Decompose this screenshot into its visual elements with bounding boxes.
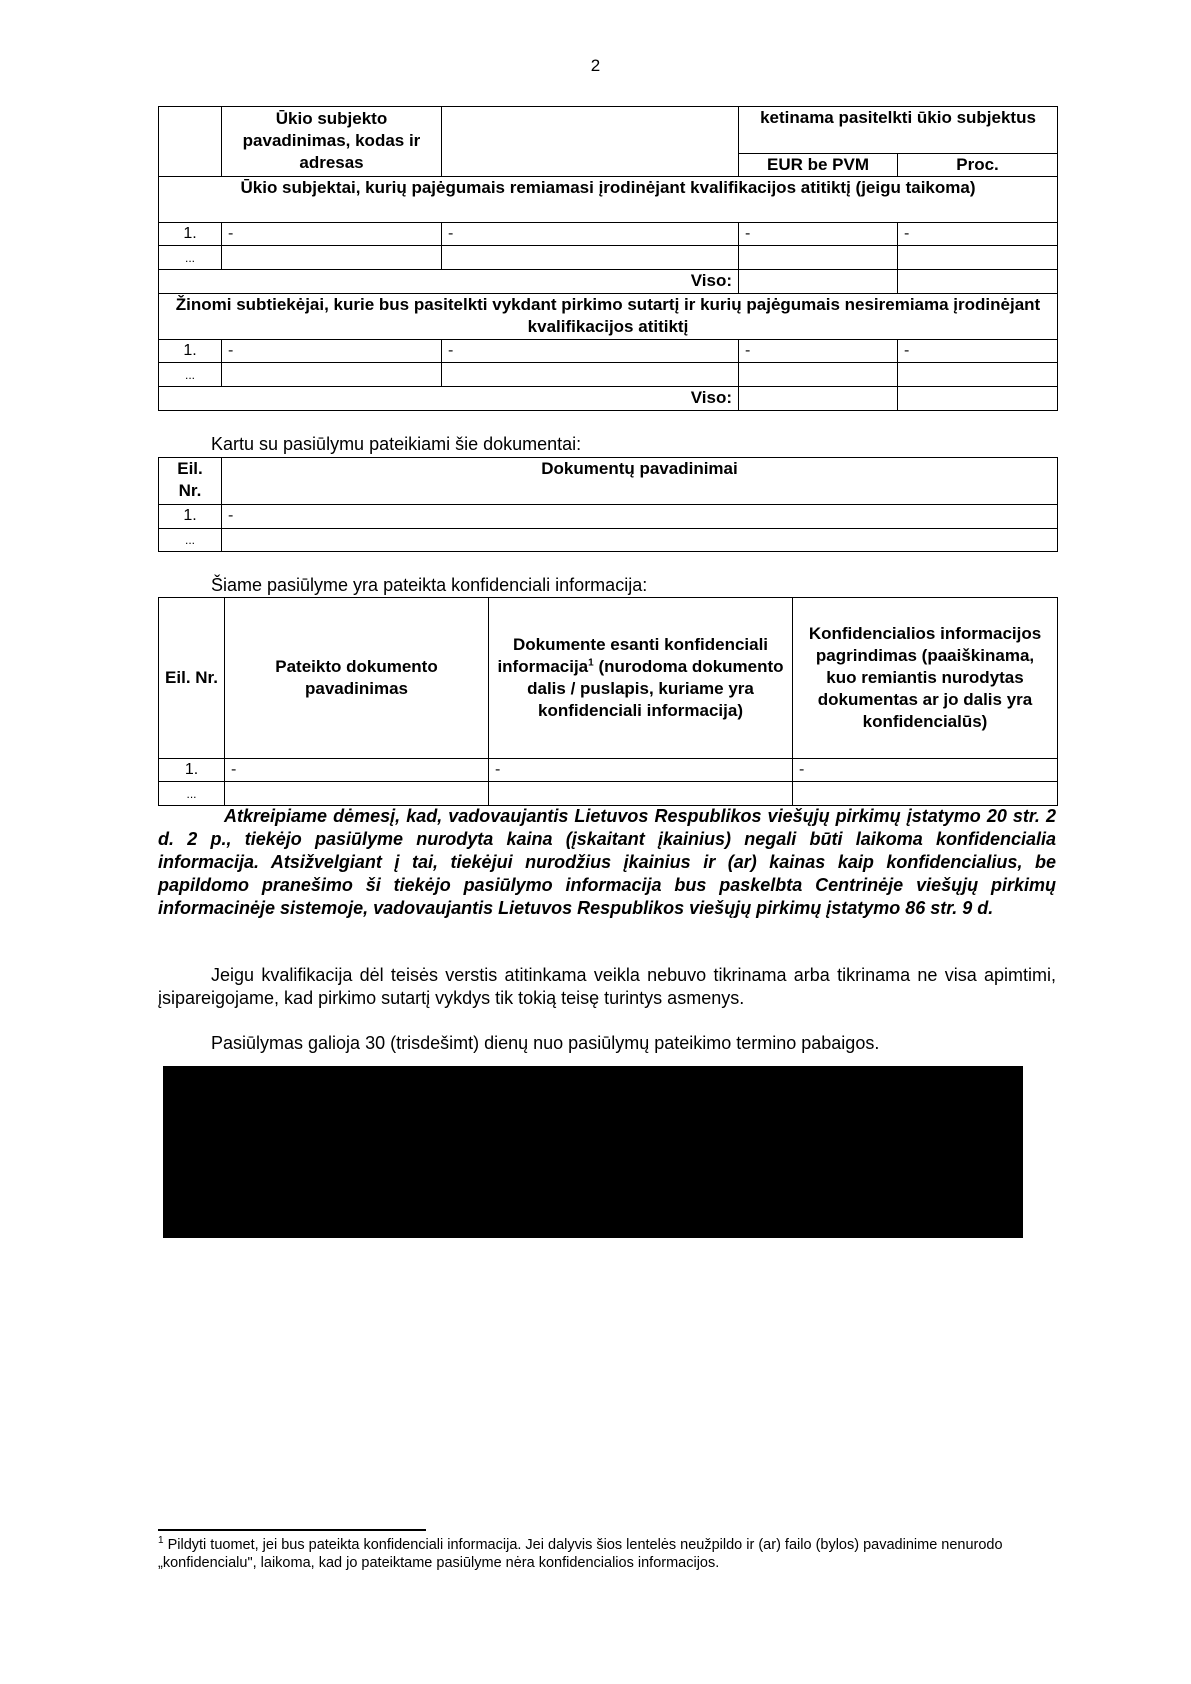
footnote: 1 Pildyti tuomet, jei bus pateikta konfi… <box>158 1536 1058 1572</box>
row-work: - <box>442 223 739 246</box>
footnote-marker: 1 <box>158 1535 164 1546</box>
section1-total-eur <box>739 270 898 294</box>
table-row: 1. - <box>159 505 1058 529</box>
table-row: ... <box>159 363 1058 387</box>
row-nr: 1. <box>159 340 222 363</box>
header-proc: Proc. <box>898 154 1058 177</box>
redacted-block <box>163 1066 1023 1238</box>
table-row: 1. - - - <box>159 759 1058 782</box>
row-reason: - <box>793 759 1058 782</box>
validity-paragraph: Pasiūlymas galioja 30 (trisdešimt) dienų… <box>158 1032 1056 1055</box>
header-info: Dokumente esanti konfidenciali informaci… <box>489 598 793 759</box>
row-name: - <box>222 223 442 246</box>
row-name <box>222 246 442 270</box>
header-share-group: ketinama pasitelkti ūkio subjektus <box>739 107 1058 154</box>
header-doc: Pateikto dokumento pavadinimas <box>225 598 489 759</box>
row-doc <box>225 782 489 806</box>
row-work <box>442 246 739 270</box>
row-eur: - <box>739 223 898 246</box>
notice-paragraph: Atkreipiame dėmesį, kad, vadovaujantis L… <box>158 805 1056 920</box>
row-info: - <box>489 759 793 782</box>
row-work <box>442 363 739 387</box>
table-row: ... <box>159 782 1058 806</box>
row-nr: ... <box>159 363 222 387</box>
row-name: - <box>222 340 442 363</box>
row-nr: 1. <box>159 759 225 782</box>
row-eur: - <box>739 340 898 363</box>
section1-total-label: Viso: <box>159 270 739 294</box>
header-doc-names: Dokumentų pavadinimai <box>222 458 1058 505</box>
row-name <box>222 529 1058 552</box>
section1-total-proc <box>898 270 1058 294</box>
header-nr-cell <box>159 107 222 177</box>
section2-total-eur <box>739 387 898 411</box>
row-info <box>489 782 793 806</box>
table-row: ... <box>159 246 1058 270</box>
row-eur <box>739 363 898 387</box>
section2-total-proc <box>898 387 1058 411</box>
header-work-cell <box>442 107 739 177</box>
header-nr: Eil. Nr. <box>159 598 225 759</box>
section1-title: Ūkio subjektai, kurių pajėgumais remiama… <box>159 177 1058 223</box>
header-nr: Eil. Nr. <box>159 458 222 505</box>
row-nr: ... <box>159 246 222 270</box>
page-number: 2 <box>0 56 1191 76</box>
table-row: 1. - - - - <box>159 340 1058 363</box>
confidential-table: Eil. Nr. Pateikto dokumento pavadinimas … <box>158 597 1058 806</box>
table-row: 1. - - - - <box>159 223 1058 246</box>
footnote-ref: 1 <box>588 657 594 668</box>
confidential-intro: Šiame pasiūlyme yra pateikta konfidencia… <box>211 575 647 596</box>
row-nr: ... <box>159 529 222 552</box>
row-eur <box>739 246 898 270</box>
footnote-separator <box>158 1529 426 1531</box>
row-reason <box>793 782 1058 806</box>
row-proc: - <box>898 340 1058 363</box>
documents-table: Eil. Nr. Dokumentų pavadinimai 1. - ... <box>158 457 1058 552</box>
qualification-paragraph: Jeigu kvalifikacija dėl teisės verstis a… <box>158 964 1056 1010</box>
documents-intro: Kartu su pasiūlymu pateikiami šie dokume… <box>211 434 581 455</box>
row-proc <box>898 246 1058 270</box>
row-proc: - <box>898 223 1058 246</box>
header-name: Ūkio subjekto pavadinimas, kodas ir adre… <box>222 107 442 177</box>
row-doc: - <box>225 759 489 782</box>
row-nr: ... <box>159 782 225 806</box>
row-name <box>222 363 442 387</box>
section2-title: Žinomi subtiekėjai, kurie bus pasitelkti… <box>159 294 1058 340</box>
footnote-text: Pildyti tuomet, jei bus pateikta konfide… <box>158 1537 1003 1571</box>
section2-total-label: Viso: <box>159 387 739 411</box>
row-work: - <box>442 340 739 363</box>
table-row: ... <box>159 529 1058 552</box>
row-name: - <box>222 505 1058 529</box>
row-nr: 1. <box>159 505 222 529</box>
row-nr: 1. <box>159 223 222 246</box>
row-proc <box>898 363 1058 387</box>
subjects-table: Ūkio subjekto pavadinimas, kodas ir adre… <box>158 106 1058 411</box>
header-reason: Konfidencialios informacijos pagrindimas… <box>793 598 1058 759</box>
header-eur: EUR be PVM <box>739 154 898 177</box>
